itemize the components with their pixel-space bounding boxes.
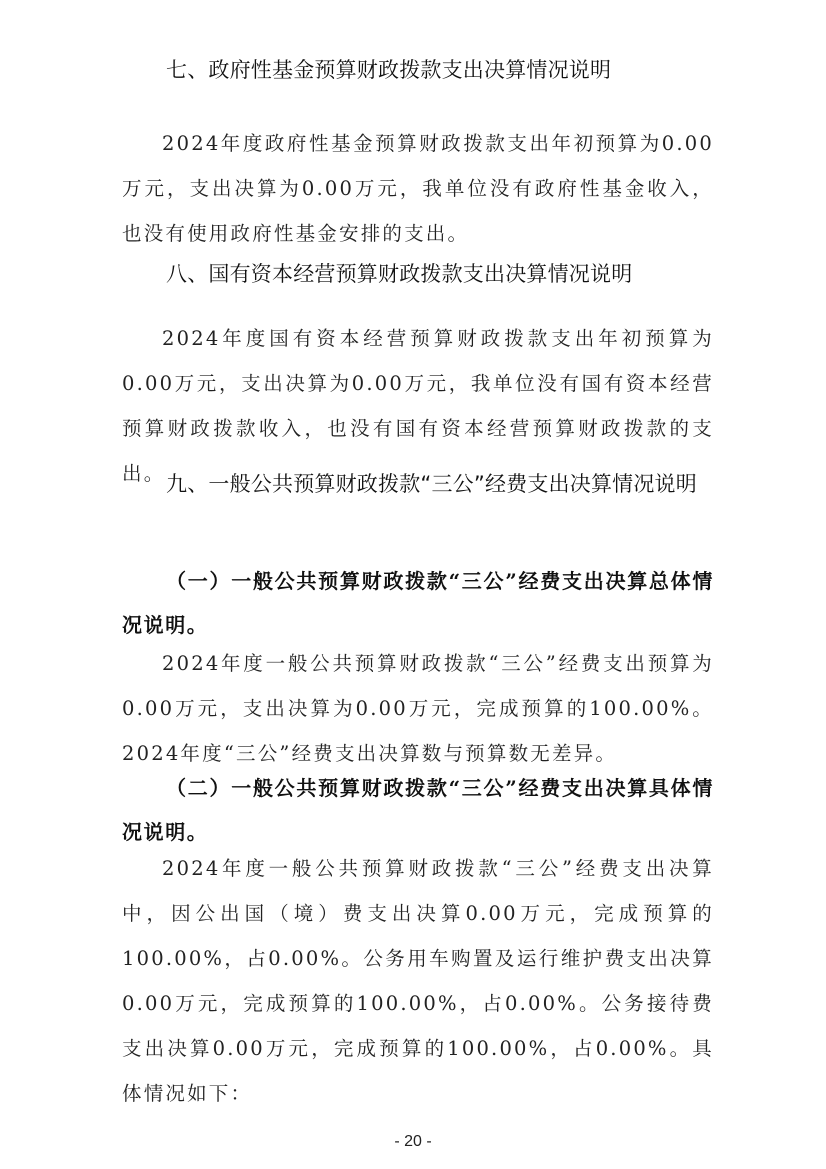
section-heading-8: 八、国有资本经营预算财政拨款支出决算情况说明 — [122, 252, 714, 296]
subsection-heading-9-2: （二）一般公共预算财政拨款“三公”经费支出决算具体情况说明。 — [122, 766, 714, 854]
section-heading-7: 七、政府性基金预算财政拨款支出决算情况说明 — [122, 48, 714, 92]
document-page: 七、政府性基金预算财政拨款支出决算情况说明 2024年度政府性基金预算财政拨款支… — [0, 0, 826, 1169]
subsection-paragraph-9-1: 2024年度一般公共预算财政拨款“三公”经费支出预算为0.00万元，支出决算为0… — [122, 641, 714, 776]
section-paragraph-7: 2024年度政府性基金预算财政拨款支出年初预算为0.00万元，支出决算为0.00… — [122, 121, 714, 256]
section-heading-9: 九、一般公共预算财政拨款“三公”经费支出决算情况说明 — [122, 462, 714, 506]
subsection-heading-9-1: （一）一般公共预算财政拨款“三公”经费支出决算总体情况说明。 — [122, 559, 714, 647]
page-number: - 20 - — [0, 1133, 826, 1151]
subsection-paragraph-9-2: 2024年度一般公共预算财政拨款“三公”经费支出决算中，因公出国（境）费支出决算… — [122, 846, 714, 1116]
